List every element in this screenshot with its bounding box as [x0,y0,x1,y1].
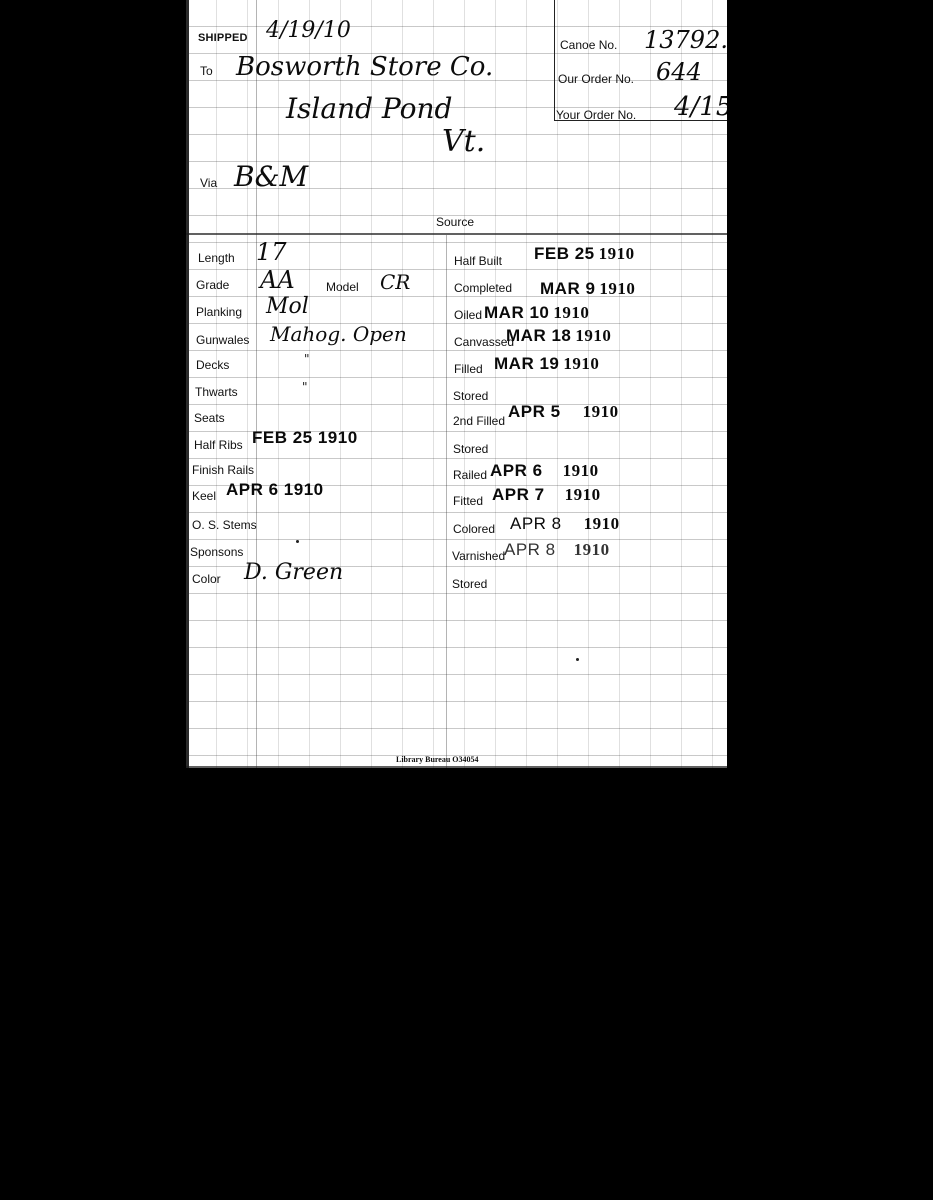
ink-speck [576,658,579,661]
finish-rails-label: Finish Rails [192,463,254,477]
to-label: To [200,64,213,78]
to-line-3: Vt. [442,124,485,159]
os-stems-label: O. S. Stems [192,518,257,532]
half-built-label: Half Built [454,254,502,268]
filled-stamp: MAR 191910 [494,354,599,374]
planking-label: Planking [196,305,242,319]
filled-label: Filled [454,362,483,376]
keel-stamp: APR 6 1910 [226,480,324,500]
decks-label: Decks [196,358,229,372]
color-value: D. Green [244,560,343,585]
our-order-no-value: 644 [656,58,702,86]
canoe-no-value: 13792. [644,26,727,54]
our-order-no-label: Our Order No. [558,72,634,86]
section-divider [186,233,727,235]
your-order-no-value: 4/15 [674,92,727,122]
card-bottom-rule [186,766,727,768]
grade-value: AA [260,266,295,294]
thwarts-value: " [302,380,308,394]
gunwales-value: Mahog. Open [270,322,407,346]
to-line-2: Island Pond [286,92,452,125]
length-label: Length [198,251,235,265]
card-edge [186,0,189,768]
shipped-label: SHIPPED [198,32,248,44]
half-ribs-label: Half Ribs [194,438,243,452]
printer-imprint: Library Bureau O34054 [396,755,479,764]
planking-value: Mol [266,294,309,319]
via-label: Via [200,176,217,190]
oiled-stamp: MAR 101910 [484,303,589,323]
thwarts-label: Thwarts [195,385,238,399]
grid-column-line [256,0,257,768]
grid-column-line [446,235,447,768]
gunwales-label: Gunwales [196,333,249,347]
stored-label-1: Stored [453,389,488,403]
shipped-date: 4/19/10 [266,18,351,43]
via-value: B&M [234,160,308,193]
railed-stamp: APR 61910 [490,461,599,481]
seats-label: Seats [194,411,225,425]
fitted-stamp: APR 71910 [492,485,601,505]
grade-label: Grade [196,278,229,292]
completed-stamp: MAR 91910 [540,279,635,299]
ink-speck [296,540,299,543]
canoe-no-label: Canoe No. [560,38,617,52]
varnished-stamp: APR 81910 [504,540,610,560]
length-value: 17 [256,238,287,266]
canvassed-stamp: MAR 181910 [506,326,611,346]
completed-label: Completed [454,281,512,295]
colored-label: Colored [453,522,495,536]
record-card: SHIPPED 4/19/10 To Bosworth Store Co. Is… [186,0,727,768]
keel-label: Keel [192,489,216,503]
varnished-label: Varnished [452,549,505,563]
to-line-1: Bosworth Store Co. [236,52,493,82]
oiled-label: Oiled [454,308,482,322]
model-value: CR [380,270,410,294]
second-filled-stamp: APR 51910 [508,402,619,422]
colored-stamp: APR 81910 [510,514,620,534]
your-order-no-label: Your Order No. [556,108,636,122]
stored-label-2: Stored [453,442,488,456]
fitted-label: Fitted [453,494,483,508]
decks-value: " [304,352,310,366]
model-label: Model [326,280,359,294]
half-ribs-stamp: FEB 25 1910 [252,428,358,448]
half-built-stamp: FEB 251910 [534,244,635,264]
sponsons-label: Sponsons [190,545,243,559]
source-label: Source [436,215,474,229]
stored-label-3: Stored [452,577,487,591]
railed-label: Railed [453,468,487,482]
color-label: Color [192,572,221,586]
second-filled-label: 2nd Filled [453,414,505,428]
